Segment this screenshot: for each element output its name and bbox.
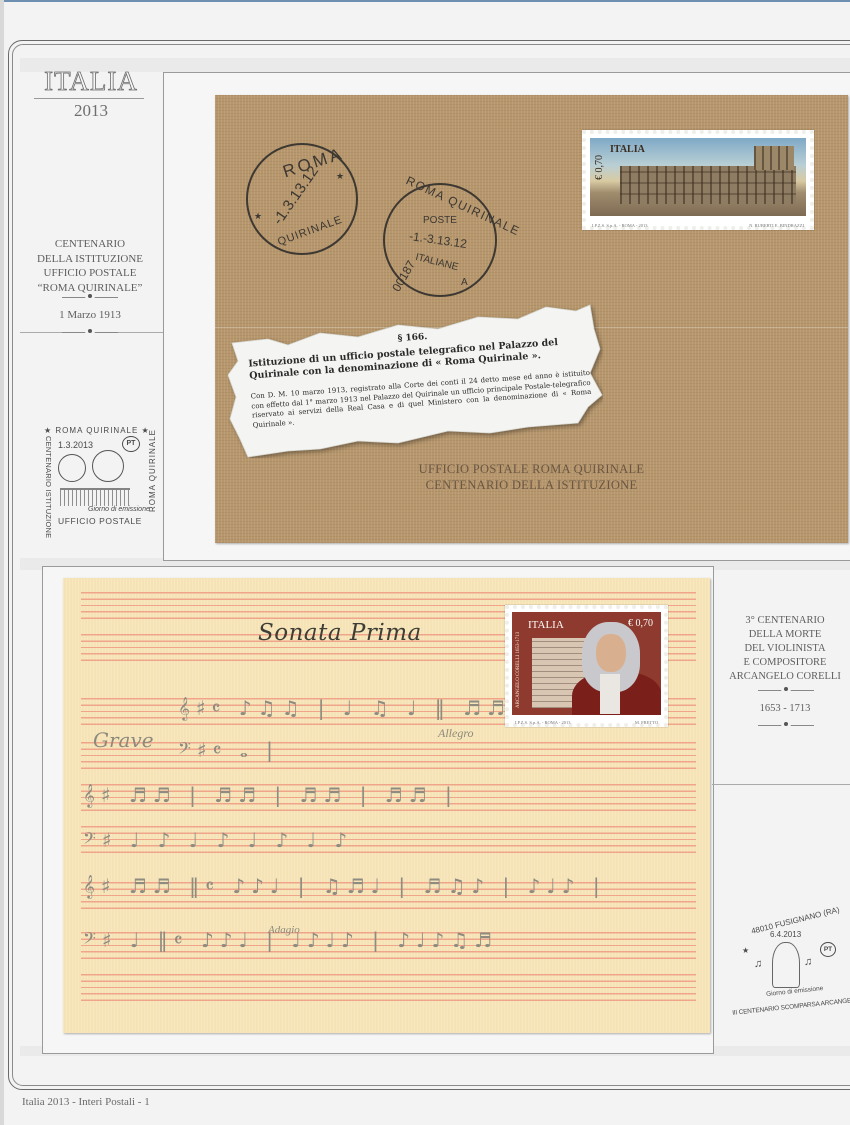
music-notes-icon: 𝄞♯ ♬♬ | ♬♬ | ♬♬ | ♬♬ |: [83, 783, 458, 807]
page-title-year: 2013: [36, 101, 146, 121]
portrait-face: [596, 634, 626, 672]
pt-logo-icon: PT: [122, 436, 140, 452]
star-icon: ★: [336, 171, 344, 182]
caption-line: DELLA ISTITUZIONE: [30, 252, 150, 267]
palazzo-illustration: [620, 166, 796, 204]
item1-caption: CENTENARIO DELLA ISTITUZIONE UFFICIO POS…: [30, 237, 150, 295]
title-rule: [34, 98, 144, 99]
cancel-left-text: CENTENARIO ISTITUZIONE: [44, 436, 53, 538]
ornament-divider: [758, 721, 814, 729]
postmark-line1: POSTE: [423, 215, 457, 226]
cancel-bottom-text: UFFICIO POSTALE: [58, 516, 142, 526]
caption-line: CENTENARIO: [30, 237, 150, 252]
postmark-roma: ROMA -1.3.13.12 QUIRINALE ★ ★: [246, 143, 358, 255]
divider-right: [712, 784, 850, 785]
stamp-side-text: ARCANGELO CORELLI 1653-1713: [516, 632, 521, 708]
staff: [81, 974, 696, 1002]
portrait-collar: [600, 674, 620, 714]
caption-line: E COMPOSITORE: [722, 656, 848, 670]
ornament-divider: [62, 328, 118, 336]
mini-postmark-icon: [58, 454, 86, 482]
first-day-cancel-roma: ★ ROMA QUIRINALE ★ 1.3.2013 PT CENTENARI…: [40, 420, 152, 530]
mini-postmark-icon: [92, 450, 124, 482]
postmark-ring: ROMA QUIRINALE: [404, 173, 523, 238]
sonata-title: Sonata Prima: [258, 620, 422, 646]
music-notes-icon: 𝄞♯𝄴 ♪♫♫ | ♩ ♫ ♩ ‖ ♬♬: [178, 696, 511, 720]
page-title-country: ITALIA: [36, 66, 146, 97]
stamp-printer: I.P.Z.S. S.p.A. - ROMA - 2013: [592, 223, 648, 228]
palazzo-icon: [60, 488, 130, 506]
stamp-designer: M. FRETTO: [635, 720, 658, 725]
postmark-date: -1.-3.13.12: [408, 229, 467, 251]
caption-line: ARCANGELO CORELLI: [722, 670, 848, 684]
stamp-country: ITALIA: [610, 144, 645, 155]
tempo-grave: Grave: [93, 728, 154, 752]
item2-caption: 3° CENTENARIO DELLA MORTE DEL VIOLINISTA…: [722, 614, 848, 684]
stamp-country: ITALIA: [528, 619, 564, 631]
ornament-divider: [62, 293, 118, 301]
corelli-portrait-icon: [772, 942, 800, 988]
music-notes-icon: 𝄢♯ ♩ ‖𝄴 ♪♪♩ | ♩♪♩♪ | ♪♩♪♫♬: [83, 928, 498, 952]
cancel-ring-text: III CENTENARIO SCOMPARSA ARCANGELO COREL…: [732, 998, 844, 1017]
music-notes-icon: 𝄢♯𝄴 𝅝 |: [178, 738, 279, 762]
envelope-caption: UFFICIO POSTALE ROMA QUIRINALE CENTENARI…: [255, 461, 808, 493]
postmark-line2: ITALIANE: [414, 252, 459, 273]
cancel-date: 1.3.2013: [58, 440, 93, 450]
binder-edge: [0, 0, 4, 1125]
stamp-image: ITALIA € 0,70 ARCANGELO CORELLI 1653-171…: [512, 612, 661, 715]
tempo-allegro: Allegro: [438, 726, 474, 741]
palazzo-tower: [754, 146, 794, 170]
cancel-date: 6.4.2013: [770, 930, 801, 939]
envelope-caption-line: CENTENARIO DELLA ISTITUZIONE: [255, 477, 808, 493]
star-icon: ★: [254, 211, 262, 222]
music-note-icon: ♫: [754, 958, 762, 970]
stamp-printer: I.P.Z.S. S.p.A. - ROMA - 2013: [515, 720, 571, 725]
stamp-image: ITALIA € 0,70: [590, 138, 806, 216]
ornament-divider: [758, 686, 814, 694]
caption-line: DELLA MORTE: [722, 628, 848, 642]
pt-logo-icon: PT: [820, 942, 836, 957]
stamp-value: € 0,70: [628, 618, 653, 629]
music-note-icon: ♫: [804, 956, 812, 968]
cancel-right-text: ROMA QUIRINALE: [148, 429, 157, 512]
postmark-roma-quirinale-poste: ROMA QUIRINALE POSTE -1.-3.13.12 ITALIAN…: [383, 183, 497, 297]
postmark-suffix: A: [461, 277, 468, 288]
staff: [81, 742, 696, 770]
caption-line: DEL VIOLINISTA: [722, 642, 848, 656]
page-footer: Italia 2013 - Interi Postali - 1: [22, 1096, 150, 1108]
stamp-value: € 0,70: [594, 155, 605, 180]
star-icon: ★: [742, 946, 749, 955]
stamp-palazzo-quirinale: ITALIA € 0,70 I.P.Z.S. S.p.A. - ROMA - 2…: [582, 130, 814, 230]
stamp-arcangelo-corelli: ITALIA € 0,70 ARCANGELO CORELLI 1653-171…: [505, 605, 668, 727]
cancel-note: Giorno di emissione: [88, 506, 150, 513]
caption-line: UFFICIO POSTALE: [30, 266, 150, 281]
decree-clipping: § 166. Istituzione di un ufficio postale…: [228, 303, 603, 458]
first-day-cancel-fusignano: 48010 FUSIGNANO (RA) 6.4.2013 ★ PT ♫ ♫ G…: [728, 908, 844, 1024]
caption-line: 3° CENTENARIO: [722, 614, 848, 628]
music-notes-icon: 𝄞♯ ♬♬ ‖𝄴 ♪♪♩ | ♫♬♩ | ♬♫♪ | ♪♩♪ |: [83, 874, 606, 898]
stamp-designer: N. RUBERTI E. BINDRAZZI: [749, 223, 804, 228]
top-edge: [0, 0, 850, 2]
cancel-top-text: ROMA QUIRINALE: [55, 426, 138, 435]
item1-date: 1 Marzo 1913: [30, 309, 150, 321]
postmark-code: 00187: [389, 258, 418, 294]
item2-date: 1653 - 1713: [725, 703, 845, 714]
music-notes-icon: 𝄢♯ ♩ ♪ ♩ ♪ ♩ ♪ ♩ ♪: [83, 828, 353, 852]
